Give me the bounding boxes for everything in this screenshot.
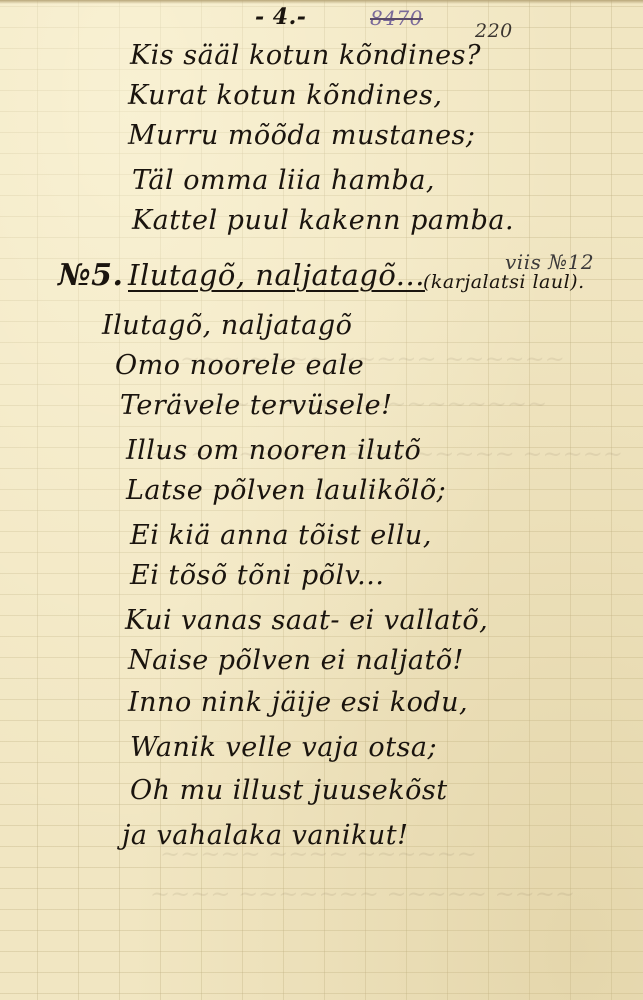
- verse-line: Ei tõsõ tõni põlv...: [130, 560, 384, 591]
- verse-line: Kis sääl kotun kõndines?: [130, 40, 481, 71]
- verse-line: Naise põlven ei naljatõ!: [128, 645, 464, 676]
- verse-line: Terävele tervüsele!: [120, 390, 393, 421]
- folio-number: 220: [475, 20, 513, 42]
- manuscript-page: ~~~ ~~~~ ~~~~~ ~~~~~~ ~~~~ ~~~~~ ~~~~~~~…: [0, 0, 643, 1000]
- song-note: (karjalatsi laul).: [423, 271, 585, 293]
- verse-line: Wanik velle vaja otsa;: [130, 732, 437, 763]
- page-top-edge: [0, 0, 643, 4]
- verse-line: Täl omma liia hamba,: [132, 165, 435, 196]
- archive-number-struck: 8470: [370, 6, 423, 30]
- verse-line: Kurat kotun kõndines,: [128, 80, 442, 111]
- verse-line: Inno nink jäije esi kodu,: [128, 687, 468, 718]
- margin-reference: viis №12: [505, 250, 594, 274]
- verse-line: Ilutagõ, naljatagõ: [102, 310, 352, 341]
- bleed-through-text: ~~~~ ~~~~~~~ ~~~~~ ~~~~: [150, 880, 575, 908]
- verse-line: Kattel puul kakenn pamba.: [132, 205, 514, 236]
- verse-line: Kui vanas saat- ei vallatõ,: [125, 605, 488, 636]
- verse-line: ja vahalaka vanikut!: [122, 820, 409, 851]
- song-title: Ilutagõ, naljatagõ...: [128, 258, 425, 292]
- verse-line: Oh mu illust juusekõst: [130, 775, 448, 806]
- song-number: №5.: [58, 258, 123, 293]
- verse-line: Omo noorele eale: [115, 350, 364, 381]
- verse-line: Murru mõõda mustanes;: [128, 120, 476, 151]
- verse-line: Ei kiä anna tõist ellu,: [130, 520, 432, 551]
- page-number: - 4.-: [255, 4, 306, 30]
- verse-line: Illus om nooren ilutõ: [126, 435, 421, 466]
- verse-line: Latse põlven laulikõlõ;: [126, 475, 446, 506]
